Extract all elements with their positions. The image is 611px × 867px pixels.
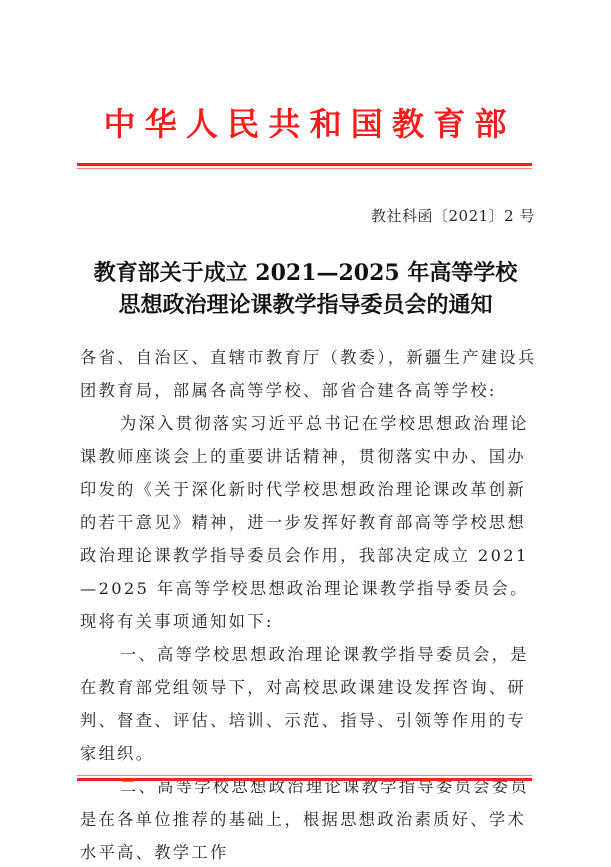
- masthead-char: 人: [182, 104, 221, 144]
- masthead-char: 华: [141, 104, 180, 144]
- notice-title-line-1: 教育部关于成立 2021—2025 年高等学校: [0, 257, 611, 289]
- footer-rule-thin: [77, 775, 532, 776]
- footer-rule-thick: [77, 778, 532, 781]
- addressee: 各省、自治区、直辖市教育厅（教委），新疆生产建设兵团教育局，部属各高等学校、部省…: [80, 341, 538, 407]
- masthead-char: 育: [430, 104, 469, 144]
- paragraph-item-2: 二、高等学校思想政治理论课教学指导委员会委员是在各单位推荐的基础上，根据思想政治…: [80, 770, 538, 867]
- masthead-title: 中 华 人 民 共 和 国 教 育 部: [100, 103, 510, 145]
- masthead-char: 和: [306, 104, 345, 144]
- notice-body: 各省、自治区、直辖市教育厅（教委），新疆生产建设兵团教育局，部属各高等学校、部省…: [80, 341, 538, 867]
- masthead-rule-thick: [77, 163, 532, 166]
- paragraph-item-1: 一、高等学校思想政治理论课教学指导委员会，是在教育部党组领导下，对高校思政课建设…: [80, 638, 538, 770]
- document-number: 教社科函〔2021〕2 号: [371, 205, 535, 227]
- paragraph-intro: 为深入贯彻落实习近平总书记在学校思想政治理论课教师座谈会上的重要讲话精神，贯彻落…: [80, 407, 538, 638]
- notice-title: 教育部关于成立 2021—2025 年高等学校 思想政治理论课教学指导委员会的通…: [0, 257, 611, 321]
- masthead-char: 民: [224, 104, 263, 144]
- masthead-rule-thin: [77, 168, 532, 169]
- masthead-char: 中: [100, 104, 139, 144]
- masthead-char: 部: [471, 104, 510, 144]
- masthead-char: 共: [265, 104, 304, 144]
- masthead-char: 教: [389, 104, 428, 144]
- notice-title-line-2: 思想政治理论课教学指导委员会的通知: [0, 289, 611, 321]
- masthead-char: 国: [347, 104, 386, 144]
